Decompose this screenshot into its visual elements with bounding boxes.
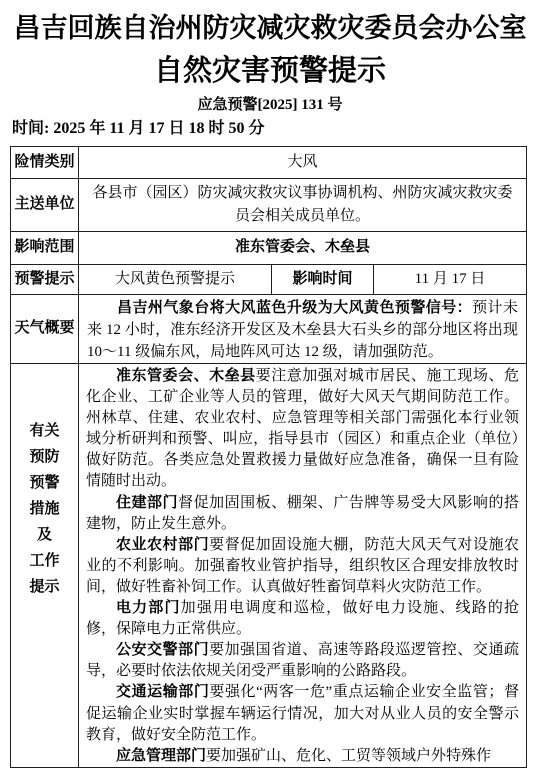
table-row-affected-area: 影响范围 准东管委会、木垒县	[11, 231, 526, 264]
measures-label-line: 措施	[29, 496, 59, 522]
measures-label: 有关 预防 预警 措施 及 工作 提示	[11, 364, 78, 767]
warning-label: 预警提示	[11, 265, 78, 294]
measures-paragraph: 公安交警部门要加强国省道、高速等路段巡逻管控、交通疏导，必要时依法依规关闭受严重…	[86, 640, 519, 682]
warning-value: 大风黄色预警提示	[78, 265, 271, 294]
impact-time-label: 影响时间	[271, 265, 373, 294]
table-row-measures: 有关 预防 预警 措施 及 工作 提示 准东管委会、木垒县要注意加强对城市居民、…	[11, 363, 526, 767]
paragraph-lead: 准东管委会、木垒县	[116, 368, 256, 384]
measures-paragraph: 交通运输部门要强化“两客一危”重点运输企业安全监管；督促运输企业实时掌握车辆运行…	[86, 682, 519, 745]
paragraph-body: 要注意加强对城市居民、施工现场、危化企业、工矿企业等人员的管理，做好大风天气期间…	[86, 368, 519, 489]
measures-label-line: 工作	[29, 548, 59, 574]
impact-time-value: 11 月 17 日	[373, 265, 526, 294]
measures-label-line: 预防	[29, 444, 59, 470]
weather-paragraph: 昌吉州气象台将大风蓝色升级为大风黄色预警信号：预计未来 12 小时，准东经济开发…	[87, 297, 518, 363]
risk-type-value: 大风	[78, 147, 526, 178]
affected-area-label: 影响范围	[11, 232, 78, 264]
measures-paragraph: 准东管委会、木垒县要注意加强对城市居民、施工现场、危化企业、工矿企业等人员的管理…	[86, 366, 519, 493]
measures-paragraph: 住建部门督促加固围板、棚架、广告牌等易受大风影响的搭建物，防止发生意外。	[86, 493, 519, 535]
table-row-warning: 预警提示 大风黄色预警提示 影响时间 11 月 17 日	[11, 264, 526, 294]
measures-paragraph: 电力部门加强用电调度和巡检，做好电力设施、线路的抢修，保障电力正常供应。	[86, 598, 519, 640]
paragraph-lead: 应急管理部门	[116, 748, 206, 764]
table-row-recipients: 主送单位 各县市（园区）防灾减灾救灾议事协调机构、州防灾减灾救灾委员会相关成员单…	[11, 178, 526, 231]
weather-lead: 昌吉州气象台将大风蓝色升级为大风黄色预警信号：	[117, 300, 472, 316]
document-title-org: 昌吉回族自治州防灾减灾救灾委员会办公室	[0, 6, 540, 45]
measures-label-line: 有关	[29, 418, 59, 444]
measures-paragraph: 农业农村部门要督促加固设施大棚，防范大风天气对设施农业的不利影响。加强畜牧业管护…	[86, 535, 519, 598]
issue-time: 时间: 2025 年 11 月 17 日 18 时 50 分	[12, 115, 264, 138]
measures-label-line: 提示	[29, 574, 59, 600]
table-row-risk-type: 险情类别 大风	[11, 147, 526, 178]
document-title-main: 自然灾害预警提示	[0, 48, 540, 89]
warning-table: 险情类别 大风 主送单位 各县市（园区）防灾减灾救灾议事协调机构、州防灾减灾救灾…	[10, 146, 527, 768]
affected-area-value: 准东管委会、木垒县	[78, 232, 526, 264]
document-page: 昌吉回族自治州防灾减灾救灾委员会办公室 自然灾害预警提示 应急预警[2025] …	[0, 0, 540, 779]
table-row-weather-summary: 天气概要 昌吉州气象台将大风蓝色升级为大风黄色预警信号：预计未来 12 小时，准…	[11, 294, 526, 363]
recipients-label: 主送单位	[11, 179, 78, 231]
risk-type-label: 险情类别	[11, 147, 78, 178]
paragraph-lead: 住建部门	[116, 495, 178, 511]
weather-summary-label: 天气概要	[11, 295, 78, 363]
paragraph-body: 要加强矿山、危化、工贸等领域户外特殊作	[206, 748, 491, 764]
measures-label-line: 预警	[29, 470, 59, 496]
paragraph-lead: 农业农村部门	[116, 537, 209, 553]
document-number: 应急预警[2025] 131 号	[0, 93, 540, 114]
measures-text: 准东管委会、木垒县要注意加强对城市居民、施工现场、危化企业、工矿企业等人员的管理…	[78, 364, 526, 767]
paragraph-lead: 电力部门	[116, 600, 181, 616]
measures-paragraph: 应急管理部门要加强矿山、危化、工贸等领域户外特殊作	[86, 746, 519, 767]
measures-label-line: 及	[37, 522, 52, 548]
paragraph-lead: 公安交警部门	[116, 642, 209, 658]
recipients-value: 各县市（园区）防灾减灾救灾议事协调机构、州防灾减灾救灾委员会相关成员单位。	[78, 179, 526, 231]
weather-summary-text: 昌吉州气象台将大风蓝色升级为大风黄色预警信号：预计未来 12 小时，准东经济开发…	[78, 295, 526, 363]
paragraph-lead: 交通运输部门	[116, 684, 209, 700]
